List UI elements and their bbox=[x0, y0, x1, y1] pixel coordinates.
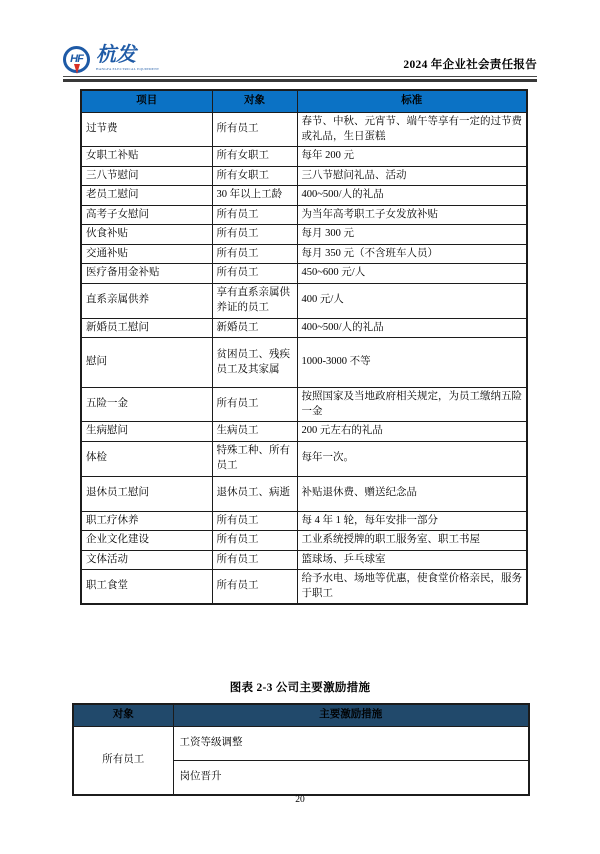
column-header-target: 对象 bbox=[73, 704, 173, 727]
cell-standard: 补贴退休费、赠送纪念品 bbox=[297, 476, 527, 511]
cell-item: 交通补贴 bbox=[81, 244, 212, 264]
cell-target: 贫困员工、残疾员工及其家属 bbox=[212, 338, 297, 388]
cell-standard: 篮球场、乒乓球室 bbox=[297, 550, 527, 570]
column-header-target: 对象 bbox=[212, 90, 297, 113]
table-row: 企业文化建设 所有员工 工业系统授牌的职工服务室、职工书屋 bbox=[81, 531, 527, 551]
cell-item: 五险一金 bbox=[81, 388, 212, 422]
table-row: 职工疗休养 所有员工 每 4 年 1 轮，每年安排一部分 bbox=[81, 511, 527, 531]
cell-target: 所有员工 bbox=[212, 264, 297, 284]
table-row: 直系亲属供养 享有直系亲属供养证的员工 400 元/人 bbox=[81, 283, 527, 318]
cell-item: 企业文化建设 bbox=[81, 531, 212, 551]
cell-measure: 工资等级调整 bbox=[173, 727, 529, 761]
logo-brand-name: 杭发 bbox=[96, 45, 205, 66]
cell-standard: 每年 200 元 bbox=[297, 147, 527, 167]
cell-target: 所有员工 bbox=[212, 531, 297, 551]
header-divider bbox=[63, 76, 537, 82]
column-header-measures: 主要激励措施 bbox=[173, 704, 529, 727]
logo-flag-icon bbox=[74, 64, 80, 74]
table-row: 生病慰问 生病员工 200 元左右的礼品 bbox=[81, 422, 527, 442]
table-row: 新婚员工慰问 新婚员工 400~500/人的礼品 bbox=[81, 318, 527, 338]
page-number: 20 bbox=[0, 795, 600, 805]
cell-item: 新婚员工慰问 bbox=[81, 318, 212, 338]
table-row: 老员工慰问 30 年以上工龄 400~500/人的礼品 bbox=[81, 186, 527, 206]
cell-standard: 给予水电、场地等优惠，使食堂价格亲民，服务于职工 bbox=[297, 570, 527, 605]
cell-target: 所有女职工 bbox=[212, 147, 297, 167]
cell-target: 30 年以上工龄 bbox=[212, 186, 297, 206]
incentive-header-row: 对象 主要激励措施 bbox=[73, 704, 529, 727]
incentive-table: 对象 主要激励措施 所有员工 工资等级调整 岗位晋升 bbox=[72, 703, 530, 796]
cell-target: 享有直系亲属供养证的员工 bbox=[212, 283, 297, 318]
hf-monogram-icon: HF bbox=[63, 46, 90, 73]
cell-item: 高考子女慰问 bbox=[81, 205, 212, 225]
cell-target: 生病员工 bbox=[212, 422, 297, 442]
cell-target: 新婚员工 bbox=[212, 318, 297, 338]
report-title: 2024 年企业社会责任报告 bbox=[403, 56, 537, 73]
cell-target: 所有员工 bbox=[212, 570, 297, 605]
cell-target: 所有员工 bbox=[212, 388, 297, 422]
cell-item: 生病慰问 bbox=[81, 422, 212, 442]
cell-item: 老员工慰问 bbox=[81, 186, 212, 206]
report-page: HF 杭发 HANGFA ELECTRICAL EQUIPMENT 2024 年… bbox=[0, 0, 600, 854]
cell-target: 退休员工、病逝 bbox=[212, 476, 297, 511]
cell-item: 体检 bbox=[81, 441, 212, 476]
column-header-item: 项目 bbox=[81, 90, 212, 113]
cell-standard: 春节、中秋、元宵节、端午等享有一定的过节费或礼品，生日蛋糕 bbox=[297, 113, 527, 147]
cell-target: 所有女职工 bbox=[212, 166, 297, 186]
cell-standard: 三八节慰问礼品、活动 bbox=[297, 166, 527, 186]
table-row: 文体活动 所有员工 篮球场、乒乓球室 bbox=[81, 550, 527, 570]
cell-target: 特殊工种、所有员工 bbox=[212, 441, 297, 476]
table-row: 职工食堂 所有员工 给予水电、场地等优惠，使食堂价格亲民，服务于职工 bbox=[81, 570, 527, 605]
cell-measure: 岗位晋升 bbox=[173, 761, 529, 796]
cell-target: 所有员工 bbox=[212, 205, 297, 225]
cell-target: 所有员工 bbox=[212, 244, 297, 264]
cell-item: 退休员工慰问 bbox=[81, 476, 212, 511]
cell-target: 所有员工 bbox=[212, 511, 297, 531]
cell-standard: 400~500/人的礼品 bbox=[297, 186, 527, 206]
cell-item: 文体活动 bbox=[81, 550, 212, 570]
table-row: 慰问 贫困员工、残疾员工及其家属 1000-3000 不等 bbox=[81, 338, 527, 388]
welfare-header-row: 项目 对象 标准 bbox=[81, 90, 527, 113]
cell-standard: 400 元/人 bbox=[297, 283, 527, 318]
cell-standard: 450~600 元/人 bbox=[297, 264, 527, 284]
cell-item: 医疗备用金补贴 bbox=[81, 264, 212, 284]
cell-standard: 按照国家及当地政府相关规定，为员工缴纳五险一金 bbox=[297, 388, 527, 422]
table-row: 高考子女慰问 所有员工 为当年高考职工子女发放补贴 bbox=[81, 205, 527, 225]
cell-standard: 为当年高考职工子女发放补贴 bbox=[297, 205, 527, 225]
cell-target: 所有员工 bbox=[212, 550, 297, 570]
cell-item: 伙食补贴 bbox=[81, 225, 212, 245]
cell-item: 慰问 bbox=[81, 338, 212, 388]
table-row: 女职工补贴 所有女职工 每年 200 元 bbox=[81, 147, 527, 167]
column-header-standard: 标准 bbox=[297, 90, 527, 113]
cell-standard: 每月 350 元（不含班车人员） bbox=[297, 244, 527, 264]
table-row: 三八节慰问 所有女职工 三八节慰问礼品、活动 bbox=[81, 166, 527, 186]
cell-standard: 每年一次。 bbox=[297, 441, 527, 476]
table-row: 医疗备用金补贴 所有员工 450~600 元/人 bbox=[81, 264, 527, 284]
cell-standard: 每月 300 元 bbox=[297, 225, 527, 245]
cell-standard: 每 4 年 1 轮，每年安排一部分 bbox=[297, 511, 527, 531]
cell-target: 所有员工 bbox=[212, 225, 297, 245]
cell-item: 职工食堂 bbox=[81, 570, 212, 605]
cell-standard: 200 元左右的礼品 bbox=[297, 422, 527, 442]
cell-item: 三八节慰问 bbox=[81, 166, 212, 186]
cell-item: 职工疗休养 bbox=[81, 511, 212, 531]
cell-item: 过节费 bbox=[81, 113, 212, 147]
cell-item: 女职工补贴 bbox=[81, 147, 212, 167]
cell-standard: 1000-3000 不等 bbox=[297, 338, 527, 388]
logo-text-block: 杭发 HANGFA ELECTRICAL EQUIPMENT bbox=[96, 45, 205, 73]
cell-target: 所有员工 bbox=[73, 727, 173, 796]
figure-caption: 图表 2-3 公司主要激励措施 bbox=[63, 679, 537, 695]
logo-subtext: HANGFA ELECTRICAL EQUIPMENT bbox=[96, 67, 159, 71]
table-row: 过节费 所有员工 春节、中秋、元宵节、端午等享有一定的过节费或礼品，生日蛋糕 bbox=[81, 113, 527, 147]
cell-target: 所有员工 bbox=[212, 113, 297, 147]
table-row: 退休员工慰问 退休员工、病逝 补贴退休费、赠送纪念品 bbox=[81, 476, 527, 511]
table-row: 所有员工 工资等级调整 bbox=[73, 727, 529, 761]
table-row: 交通补贴 所有员工 每月 350 元（不含班车人员） bbox=[81, 244, 527, 264]
table-row: 五险一金 所有员工 按照国家及当地政府相关规定，为员工缴纳五险一金 bbox=[81, 388, 527, 422]
cell-standard: 工业系统授牌的职工服务室、职工书屋 bbox=[297, 531, 527, 551]
page-header: HF 杭发 HANGFA ELECTRICAL EQUIPMENT 2024 年… bbox=[63, 36, 537, 73]
table-row: 体检 特殊工种、所有员工 每年一次。 bbox=[81, 441, 527, 476]
table-row: 伙食补贴 所有员工 每月 300 元 bbox=[81, 225, 527, 245]
cell-standard: 400~500/人的礼品 bbox=[297, 318, 527, 338]
cell-item: 直系亲属供养 bbox=[81, 283, 212, 318]
company-logo: HF 杭发 HANGFA ELECTRICAL EQUIPMENT bbox=[63, 45, 205, 73]
welfare-table: 项目 对象 标准 过节费 所有员工 春节、中秋、元宵节、端午等享有一定的过节费或… bbox=[80, 89, 528, 605]
